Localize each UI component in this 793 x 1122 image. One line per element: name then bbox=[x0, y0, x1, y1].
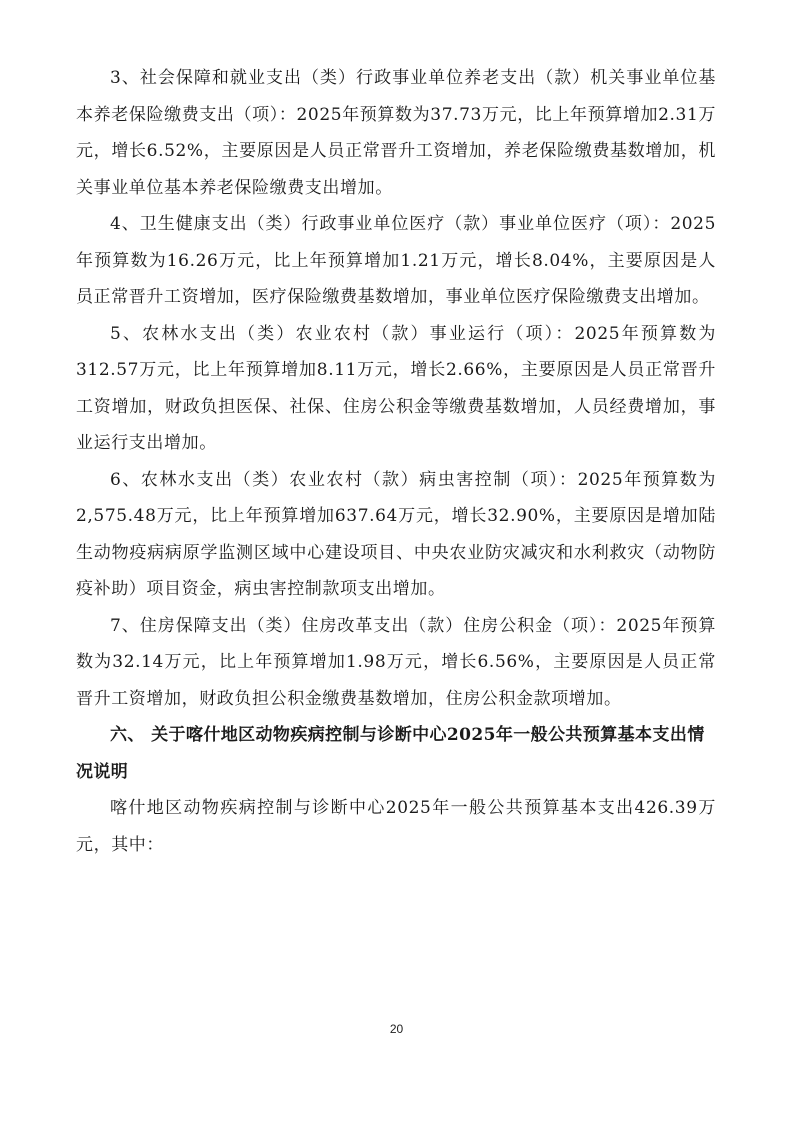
document-page: 3、社会保障和就业支出（类）行政事业单位养老支出（款）机关事业单位基本养老保险缴… bbox=[76, 60, 716, 863]
paragraph-item-5-agriculture-operations: 5、农林水支出（类）农业农村（款）事业运行（项）：2025年预算数为312.57… bbox=[76, 316, 716, 462]
paragraph-item-7-housing-fund: 7、住房保障支出（类）住房改革支出（款）住房公积金（项）：2025年预算数为32… bbox=[76, 608, 716, 718]
section-heading-6: 六、 关于喀什地区动物疾病控制与诊断中心2025年一般公共预算基本支出情况说明 bbox=[76, 717, 716, 790]
paragraph-item-6-pest-control: 6、农林水支出（类）农业农村（款）病虫害控制（项）：2025年预算数为2,575… bbox=[76, 462, 716, 608]
paragraph-item-3-social-security: 3、社会保障和就业支出（类）行政事业单位养老支出（款）机关事业单位基本养老保险缴… bbox=[76, 60, 716, 206]
page-number: 20 bbox=[0, 1022, 793, 1036]
paragraph-item-4-health: 4、卫生健康支出（类）行政事业单位医疗（款）事业单位医疗（项）：2025年预算数… bbox=[76, 206, 716, 316]
paragraph-basic-expenditure-summary: 喀什地区动物疾病控制与诊断中心2025年一般公共预算基本支出426.39万元，其… bbox=[76, 790, 716, 863]
